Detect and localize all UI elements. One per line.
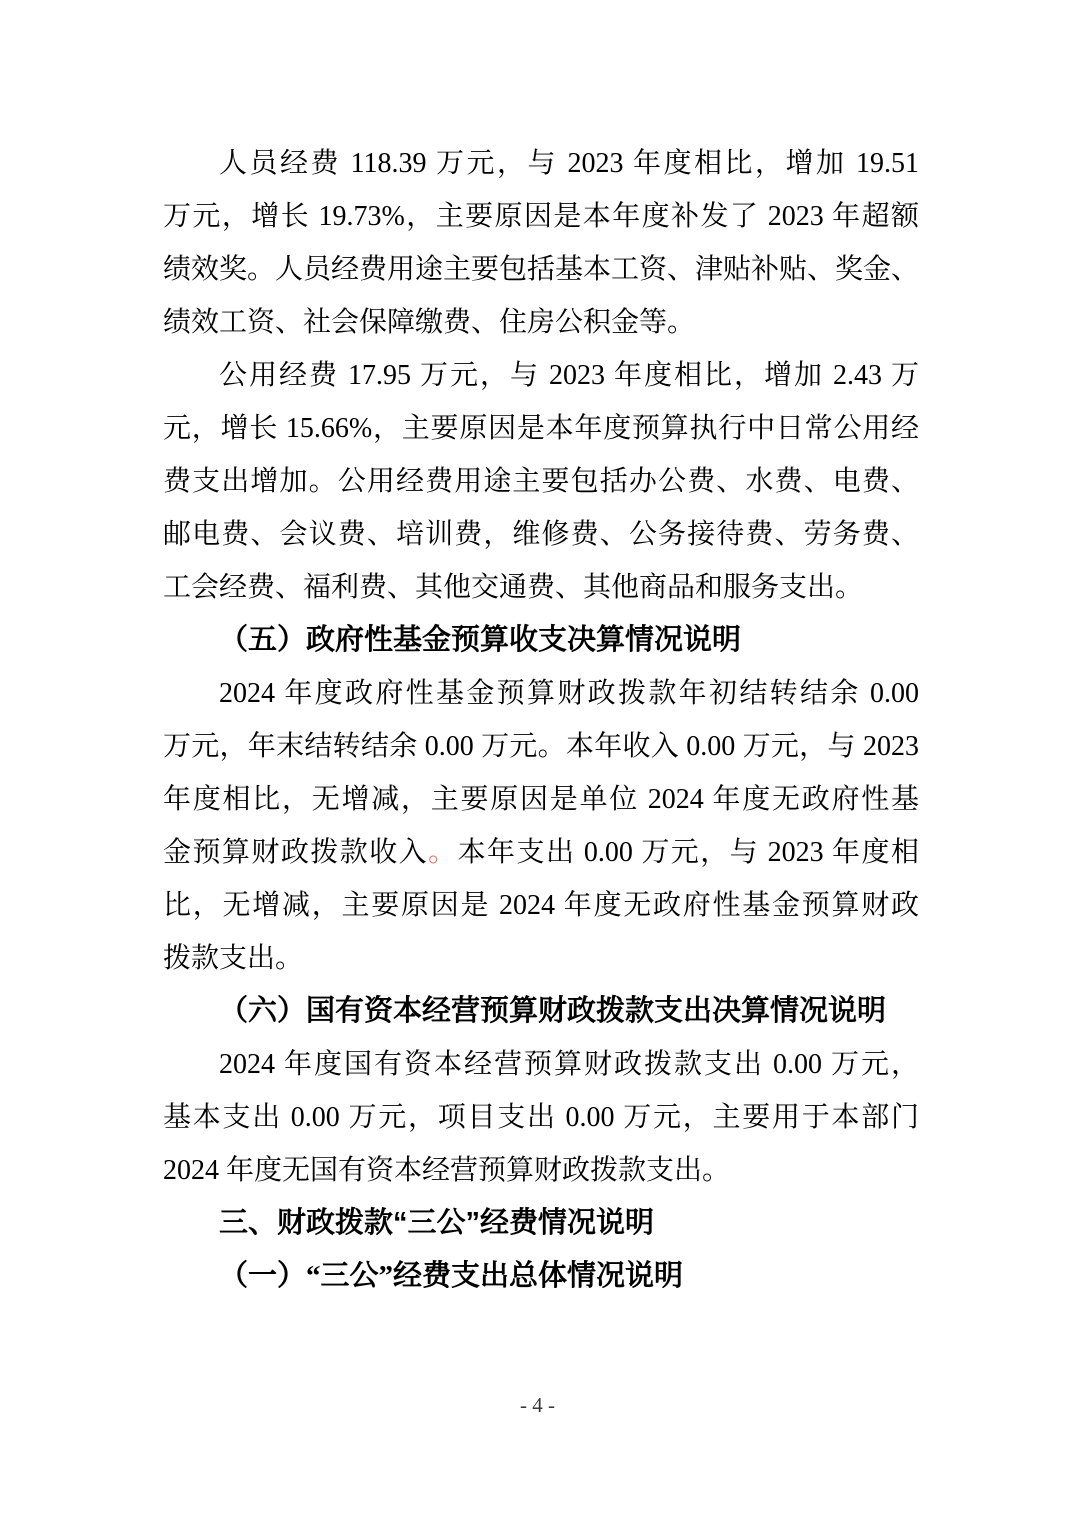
text-line: （五）政府性基金预算收支决算情况说明 xyxy=(163,614,919,667)
government-fund-paragraph: 2024 年度政府性基金预算财政拨款年初结转结余 0.00万元，年末结转结余 0… xyxy=(163,667,919,985)
state-capital-paragraph: 2024 年度国有资本经营预算财政拨款支出 0.00 万元，基本支出 0.00 … xyxy=(163,1038,919,1197)
text-line: 费支出增加。公用经费用途主要包括办公费、水费、电费、 xyxy=(163,455,919,508)
red-punctuation: 。 xyxy=(428,837,457,868)
text-line: 邮电费、会议费、培训费，维修费、公务接待费、劳务费、 xyxy=(163,508,919,561)
public-expense-paragraph: 公用经费 17.95 万元，与 2023 年度相比，增加 2.43 万元，增长 … xyxy=(163,349,919,614)
text-segment: 邮电费、会议费、培训费，维修费、公务接待费、劳务费、 xyxy=(163,519,919,550)
text-line: 三、财政拨款“三公”经费情况说明 xyxy=(163,1197,919,1250)
text-segment: 费支出增加。公用经费用途主要包括办公费、水费、电费、 xyxy=(163,466,919,497)
section-5-heading: （五）政府性基金预算收支决算情况说明 xyxy=(163,614,919,667)
text-line: 绩效奖。人员经费用途主要包括基本工资、津贴补贴、奖金、 xyxy=(163,243,919,296)
text-segment: （一）“三公”经费支出总体情况说明 xyxy=(219,1260,683,1292)
text-line: 2024 年度国有资本经营预算财政拨款支出 0.00 万元， xyxy=(163,1038,919,1091)
text-segment: 本年支出 0.00 万元，与 2023 年度相 xyxy=(458,837,919,868)
text-segment: 金预算财政拨款收入 xyxy=(163,837,428,868)
text-segment: 2024 年度国有资本经营预算财政拨款支出 0.00 万元， xyxy=(219,1049,919,1080)
text-line: 元，增长 15.66%，主要原因是本年度预算执行中日常公用经 xyxy=(163,402,919,455)
personnel-expense-paragraph: 人员经费 118.39 万元，与 2023 年度相比，增加 19.51万元，增长… xyxy=(163,137,919,349)
text-line: 金预算财政拨款收入。本年支出 0.00 万元，与 2023 年度相 xyxy=(163,826,919,879)
text-segment: 比，无增减，主要原因是 2024 年度无政府性基金预算财政 xyxy=(163,890,919,921)
document-page: 人员经费 118.39 万元，与 2023 年度相比，增加 19.51万元，增长… xyxy=(0,0,1075,1520)
document-body: 人员经费 118.39 万元，与 2023 年度相比，增加 19.51万元，增长… xyxy=(163,137,919,1303)
text-line: 公用经费 17.95 万元，与 2023 年度相比，增加 2.43 万 xyxy=(163,349,919,402)
text-line: 比，无增减，主要原因是 2024 年度无政府性基金预算财政 xyxy=(163,879,919,932)
section-1-heading: （一）“三公”经费支出总体情况说明 xyxy=(163,1250,919,1303)
section-6-heading: （六）国有资本经营预算财政拨款支出决算情况说明 xyxy=(163,985,919,1038)
text-line: 拨款支出。 xyxy=(163,932,919,985)
text-segment: 2024 年度无国有资本经营预算财政拨款支出。 xyxy=(163,1155,730,1186)
text-line: （六）国有资本经营预算财政拨款支出决算情况说明 xyxy=(163,985,919,1038)
text-line: 万元，增长 19.73%，主要原因是本年度补发了 2023 年超额 xyxy=(163,190,919,243)
text-segment: 万元，增长 19.73%，主要原因是本年度补发了 2023 年超额 xyxy=(163,201,919,232)
text-segment: 工会经费、福利费、其他交通费、其他商品和服务支出。 xyxy=(163,572,863,603)
text-segment: 拨款支出。 xyxy=(163,943,303,974)
text-segment: 绩效奖。人员经费用途主要包括基本工资、津贴补贴、奖金、 xyxy=(163,254,919,285)
text-line: 2024 年度无国有资本经营预算财政拨款支出。 xyxy=(163,1144,919,1197)
text-segment: 公用经费 17.95 万元，与 2023 年度相比，增加 2.43 万 xyxy=(219,360,919,391)
text-line: 年度相比，无增减，主要原因是单位 2024 年度无政府性基 xyxy=(163,773,919,826)
text-segment: 基本支出 0.00 万元，项目支出 0.00 万元，主要用于本部门 xyxy=(163,1102,919,1133)
chapter-3-heading: 三、财政拨款“三公”经费情况说明 xyxy=(163,1197,919,1250)
text-segment: （六）国有资本经营预算财政拨款支出决算情况说明 xyxy=(219,995,886,1027)
text-segment: 元，增长 15.66%，主要原因是本年度预算执行中日常公用经 xyxy=(163,413,919,444)
text-line: 万元，年末结转结余 0.00 万元。本年收入 0.00 万元，与 2023 xyxy=(163,720,919,773)
text-segment: 年度相比，无增减，主要原因是单位 2024 年度无政府性基 xyxy=(163,784,919,815)
text-line: 基本支出 0.00 万元，项目支出 0.00 万元，主要用于本部门 xyxy=(163,1091,919,1144)
text-line: （一）“三公”经费支出总体情况说明 xyxy=(163,1250,919,1303)
page-number: - 4 - xyxy=(0,1392,1075,1418)
text-line: 2024 年度政府性基金预算财政拨款年初结转结余 0.00 xyxy=(163,667,919,720)
page-number-label: - 4 - xyxy=(520,1393,555,1417)
text-segment: （五）政府性基金预算收支决算情况说明 xyxy=(219,624,741,656)
text-line: 人员经费 118.39 万元，与 2023 年度相比，增加 19.51 xyxy=(163,137,919,190)
text-segment: 绩效工资、社会保障缴费、住房公积金等。 xyxy=(163,307,695,338)
text-segment: 人员经费 118.39 万元，与 2023 年度相比，增加 19.51 xyxy=(219,148,919,179)
text-segment: 三、财政拨款“三公”经费情况说明 xyxy=(219,1207,654,1239)
text-segment: 2024 年度政府性基金预算财政拨款年初结转结余 0.00 xyxy=(219,678,919,709)
text-segment: 万元，年末结转结余 0.00 万元。本年收入 0.00 万元，与 2023 xyxy=(163,731,919,762)
text-line: 绩效工资、社会保障缴费、住房公积金等。 xyxy=(163,296,919,349)
text-line: 工会经费、福利费、其他交通费、其他商品和服务支出。 xyxy=(163,561,919,614)
